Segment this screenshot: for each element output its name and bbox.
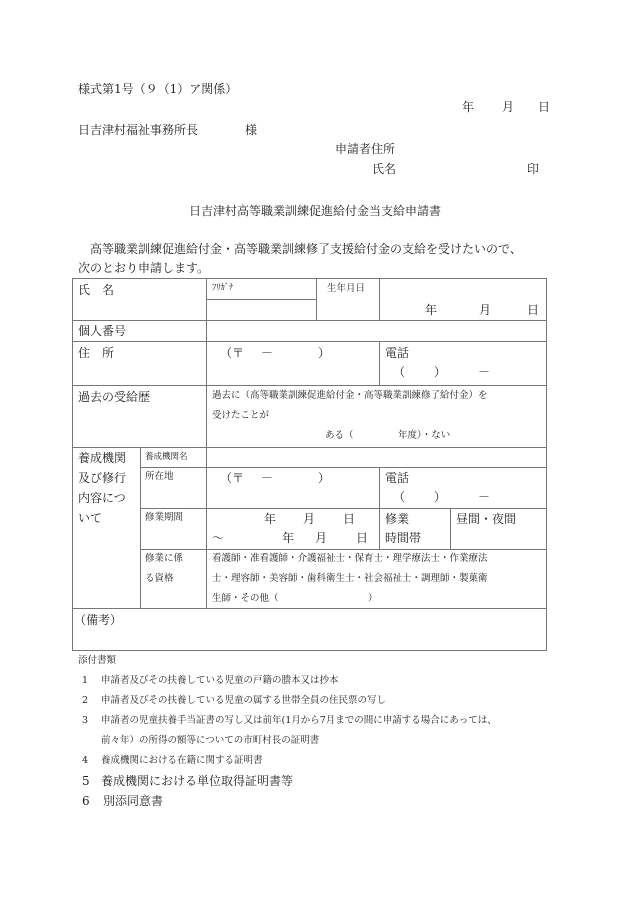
history-label: 過去の受給歴: [78, 391, 150, 403]
attachment-num: 6: [82, 795, 90, 807]
institution-section-label-4: いて: [78, 512, 102, 524]
col-divider: [206, 278, 207, 608]
phone-dash: －: [478, 366, 490, 378]
furigana-label: ﾌﾘｶﾞﾅ: [212, 284, 233, 293]
history-line-1: 過去に（高等職業訓練促進給付金・高等職業訓練修了給付金）を: [212, 391, 488, 401]
personal-number-label: 個人番号: [78, 325, 126, 337]
institution-name-label: 養成機関名: [145, 453, 188, 462]
institution-section-label-1: 養成機関: [78, 452, 126, 464]
col-divider: [379, 467, 380, 549]
postal-close: ）: [318, 347, 330, 359]
attachment-text: 養成機関における在籍に関する証明書: [101, 756, 263, 766]
remarks-input[interactable]: [74, 630, 544, 649]
qualification-label-2: る資格: [145, 574, 174, 584]
intro-line-2: 次のとおり申請します。: [78, 262, 209, 274]
phone-label: 電話: [385, 347, 409, 359]
attachment-text-continued: 前々年）の所得の額等についての市町村長の証明書: [101, 736, 319, 746]
postal-dash: －: [261, 347, 273, 359]
postal-mark: （〒: [220, 347, 244, 359]
attachment-num: 1: [82, 676, 88, 686]
attachment-text: 別添同意書: [103, 795, 163, 807]
remarks-label: （備考）: [74, 614, 122, 626]
location-postal-dash: －: [261, 472, 273, 484]
phone-close: ）: [434, 366, 446, 378]
applicant-address-label: 申請者住所: [335, 143, 395, 155]
history-line-3-b: 年度）・ない: [398, 431, 450, 441]
location-label: 所在地: [145, 472, 174, 482]
row-divider: [72, 447, 546, 448]
birth-day-label: 日: [527, 304, 539, 316]
location-postal-close: ）: [318, 472, 330, 484]
attachment-num: 2: [82, 696, 88, 706]
col-divider: [140, 447, 141, 608]
col-divider: [379, 341, 380, 385]
birthdate-label: 生年月日: [327, 284, 365, 294]
attachment-num: 5: [82, 775, 90, 787]
name-input[interactable]: [208, 300, 315, 319]
row-divider: [72, 385, 546, 386]
col-divider: [316, 278, 317, 320]
address-label: 住 所: [78, 347, 114, 359]
period-day-2: 日: [356, 532, 368, 544]
phone-open: （: [393, 366, 405, 378]
applicant-name-label: 氏名: [372, 163, 396, 175]
time-slot-value[interactable]: 昼間・夜間: [456, 513, 516, 525]
birth-month-label: 月: [479, 304, 491, 316]
attachment-num: 3: [82, 716, 88, 726]
col-divider: [450, 508, 451, 549]
date-month-label: 月: [502, 101, 514, 113]
date-year-label: 年: [462, 101, 474, 113]
qualification-line-1: 看護師・准看護師・介護福祉士・保育士・理学療法士・作業療法: [212, 554, 488, 564]
location-phone-close: ）: [434, 491, 446, 503]
location-phone-label: 電話: [385, 472, 409, 484]
period-year-1: 年: [264, 513, 276, 525]
intro-line-1: 高等職業訓練促進給付金・高等職業訓練修了支援給付金の支給を受けたいので、: [90, 243, 522, 255]
history-line-3-a: ある（: [325, 431, 354, 441]
period-year-2: 年: [282, 532, 294, 544]
row-divider: [140, 508, 546, 509]
row-divider: [72, 341, 546, 342]
location-postal-mark: （〒: [220, 472, 244, 484]
time-slot-label-2: 時間帯: [385, 532, 421, 544]
institution-section-label-3: 内容につ: [78, 492, 126, 504]
institution-name-input[interactable]: [208, 449, 544, 466]
period-day-1: 日: [343, 513, 355, 525]
qualification-line-3-a: 生師・その他（: [212, 594, 279, 604]
form-number: 様式第1号（９（1）ア関係）: [78, 83, 237, 95]
row-divider: [72, 608, 546, 609]
period-month-2: 月: [315, 532, 327, 544]
history-line-2: 受けたことが: [212, 411, 269, 421]
qualification-label-1: 修業に係: [145, 554, 183, 564]
addressee: 日吉津村福祉事務所長: [78, 124, 198, 136]
location-phone-dash: －: [478, 491, 490, 503]
institution-section-label-2: 及び修行: [78, 472, 126, 484]
row-divider: [140, 467, 546, 468]
period-tilde: ～: [212, 532, 224, 544]
document-title: 日吉津村高等職業訓練促進給付金当支給申請書: [0, 205, 630, 217]
location-phone-open: （: [393, 491, 405, 503]
attachment-text: 養成機関における単位取得証明書等: [101, 775, 293, 787]
seal-label: 印: [527, 163, 539, 175]
birth-year-label: 年: [425, 304, 437, 316]
col-divider: [379, 278, 380, 320]
qualification-line-2: 士・理容師・美容師・歯科衛生士・社会福祉士・調理師・製菓衛: [212, 574, 488, 584]
row-divider: [72, 320, 546, 321]
time-slot-label-1: 修業: [385, 513, 409, 525]
qualification-line-3-b: ）: [368, 594, 378, 604]
attachment-text: 申請者及びその扶養している児童の戸籍の謄本又は抄本: [101, 676, 339, 686]
period-month-1: 月: [303, 513, 315, 525]
attachment-text: 申請者の児童扶養手当証書の写し又は前年(1月から7月までの間に申請する場合にあっ…: [101, 716, 497, 726]
personal-number-input[interactable]: [208, 322, 544, 340]
attachment-text: 申請者及びその扶養している児童の属する世帯全員の住民票の写し: [101, 696, 386, 706]
attachment-num: 4: [82, 756, 88, 766]
name-label: 氏 名: [78, 284, 114, 296]
attachments-heading: 添付書類: [78, 656, 116, 666]
period-label: 修業期間: [145, 513, 183, 523]
addressee-suffix: 様: [245, 124, 257, 136]
date-day-label: 日: [538, 101, 550, 113]
row-divider: [140, 549, 546, 550]
